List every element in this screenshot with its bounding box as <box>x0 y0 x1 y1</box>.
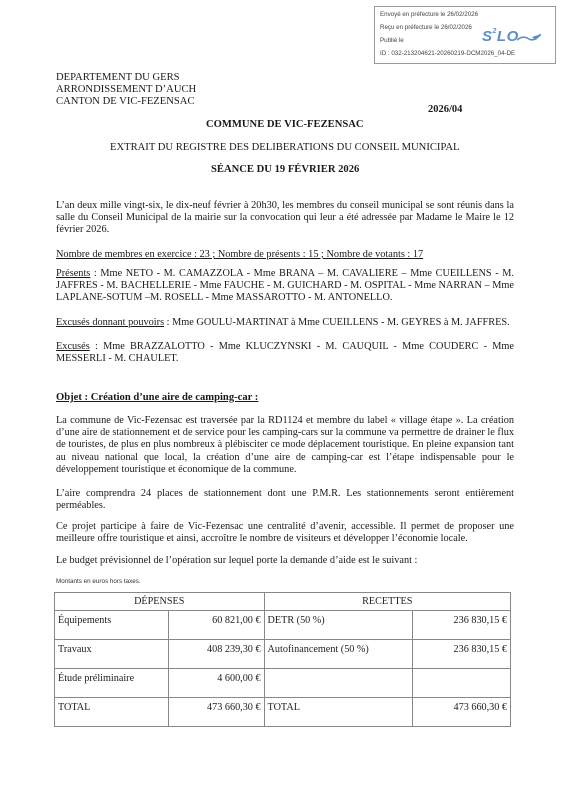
table-note: Montants en euros hors taxes. <box>56 578 141 585</box>
dep-amount: 408 239,30 € <box>169 640 264 669</box>
dep-label: Équipements <box>55 611 169 640</box>
stamp-id: ID : 032-213204621-20260219-DCM2026_04-D… <box>380 50 515 57</box>
budget-total-row: TOTAL 473 660,30 € TOTAL 473 660,30 € <box>55 698 511 727</box>
dep-total-amount: 473 660,30 € <box>169 698 264 727</box>
excuses-list: : Mme BRAZZALOTTO - Mme KLUCZYNSKI - M. … <box>56 341 514 364</box>
objet-heading: Objet : Création d’une aire de camping-c… <box>56 392 258 403</box>
budget-row: Travaux 408 239,30 € Autofinancement (50… <box>55 640 511 669</box>
rec-total-label: TOTAL <box>264 698 413 727</box>
canton: CANTON DE VIC-FEZENSAC <box>56 96 196 108</box>
depenses-header: DÉPENSES <box>55 593 265 611</box>
dep-amount: 4 600,00 € <box>169 669 264 698</box>
presents-list: : Mme NETO - M. CAMAZZOLA - Mme BRANA – … <box>56 268 514 303</box>
body-paragraph-4: Le budget prévisionnel de l’opération su… <box>56 555 514 567</box>
body-paragraph-3: Ce projet participe à faire de Vic-Fezen… <box>56 521 514 545</box>
budget-row: Étude préliminaire 4 600,00 € <box>55 669 511 698</box>
excuses-pouvoir-list: : Mme GOULU-MARTINAT à Mme CUEILLENS - M… <box>164 317 510 328</box>
seance-title: SÉANCE DU 19 FÉVRIER 2026 <box>211 164 359 175</box>
excuses-paragraph: Excusés : Mme BRAZZALOTTO - Mme KLUCZYNS… <box>56 341 514 365</box>
rec-label: Autofinancement (50 %) <box>264 640 413 669</box>
stamp-publie: Publié le <box>380 37 404 44</box>
rec-label: DETR (50 %) <box>264 611 413 640</box>
presents-label: Présents <box>56 268 90 279</box>
quorum-line: Nombre de membres en exercice : 23 ; Nom… <box>56 249 514 261</box>
departement: DEPARTEMENT DU GERS <box>56 72 196 84</box>
rec-amount: 236 830,15 € <box>413 611 511 640</box>
s2lo-logo: S2LO <box>482 28 519 45</box>
dep-total-label: TOTAL <box>55 698 169 727</box>
rec-amount <box>413 669 511 698</box>
plane-swoosh-icon <box>517 33 541 43</box>
presents-paragraph: Présents : Mme NETO - M. CAMAZZOLA - Mme… <box>56 268 514 305</box>
rec-amount: 236 830,15 € <box>413 640 511 669</box>
prefecture-stamp: Envoyé en préfecture le 26/02/2026 Reçu … <box>374 6 556 64</box>
intro-paragraph: L’an deux mille vingt-six, le dix-neuf f… <box>56 200 514 237</box>
arrondissement: ARRONDISSEMENT D’AUCH <box>56 84 196 96</box>
excuses-pouvoir-label: Excusés donnant pouvoirs <box>56 317 164 328</box>
excuses-label: Excusés <box>56 341 90 352</box>
extrait-title: EXTRAIT DU REGISTRE DES DELIBERATIONS DU… <box>110 142 460 153</box>
rec-total-amount: 473 660,30 € <box>413 698 511 727</box>
dep-label: Travaux <box>55 640 169 669</box>
budget-header-row: DÉPENSES RECETTES <box>55 593 511 611</box>
dep-amount: 60 821,00 € <box>169 611 264 640</box>
stamp-envoye: Envoyé en préfecture le 26/02/2026 <box>380 11 478 18</box>
dep-label: Étude préliminaire <box>55 669 169 698</box>
body-paragraph-1: La commune de Vic-Fezensac est traversée… <box>56 415 514 476</box>
body-paragraph-2: L’aire comprendra 24 places de stationne… <box>56 488 514 512</box>
budget-table: DÉPENSES RECETTES Équipements 60 821,00 … <box>54 592 511 727</box>
rec-label <box>264 669 413 698</box>
recettes-header: RECETTES <box>264 593 510 611</box>
deliberation-reference: 2026/04 <box>428 104 462 115</box>
stamp-recu: Reçu en préfecture le 26/02/2026 <box>380 24 472 31</box>
excuses-pouvoir-paragraph: Excusés donnant pouvoirs : Mme GOULU-MAR… <box>56 317 514 329</box>
budget-row: Équipements 60 821,00 € DETR (50 %) 236 … <box>55 611 511 640</box>
commune-title: COMMUNE DE VIC-FEZENSAC <box>206 119 364 130</box>
administrative-header: DEPARTEMENT DU GERS ARRONDISSEMENT D’AUC… <box>56 72 196 109</box>
